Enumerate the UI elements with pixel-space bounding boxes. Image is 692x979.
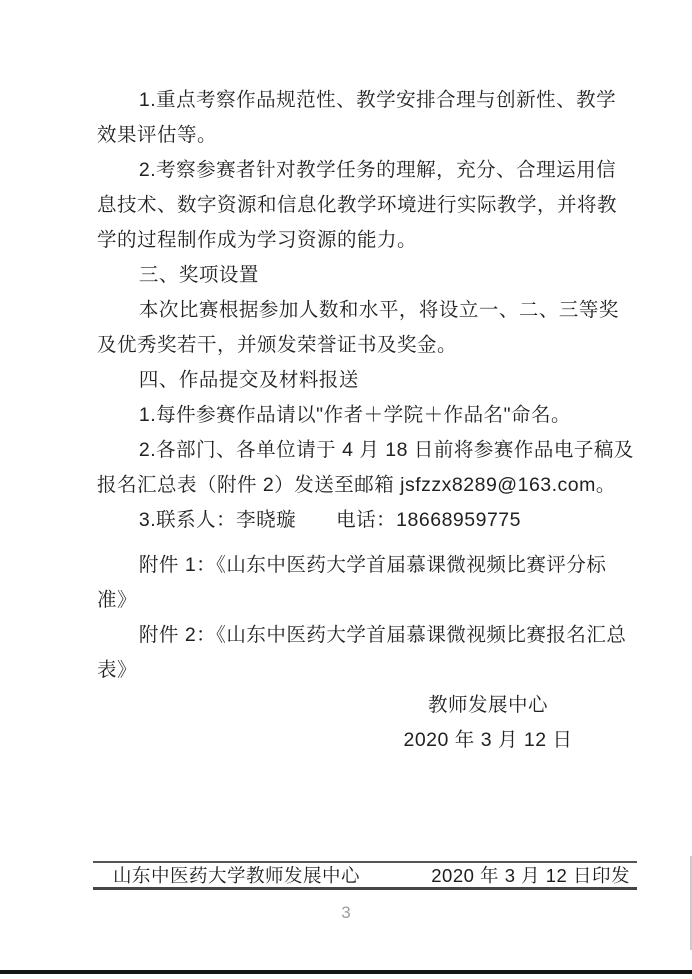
document-page: 1.重点考察作品规范性、教学安排合理与创新性、教学效果评估等。2.考察参赛者针对… (0, 0, 692, 979)
text-line: 本次比赛根据参加人数和水平，将设立一、二、三等奖 (0, 293, 692, 328)
text-line: 附件 1：《山东中医药大学首届慕课微视频比赛评分标 (0, 548, 692, 583)
text-line: 及优秀奖若干，并颁发荣誉证书及奖金。 (0, 328, 692, 363)
text-line: 3.联系人：李晓璇 电话：18668959775 (0, 503, 692, 538)
page-footer: 山东中医药大学教师发展中心 2020 年 3 月 12 日印发 (93, 861, 637, 890)
text-line: 学的过程制作成为学习资源的能力。 (0, 223, 692, 258)
text-line: 四、作品提交及材料报送 (0, 363, 692, 398)
footer-issue-date: 2020 年 3 月 12 日印发 (431, 862, 637, 888)
body-text: 1.重点考察作品规范性、教学安排合理与创新性、教学效果评估等。2.考察参赛者针对… (0, 83, 692, 758)
text-line: 表》 (0, 653, 692, 688)
text-line: 2.各部门、各单位请于 4 月 18 日前将参赛作品电子稿及 (0, 433, 692, 468)
text-line: 2.考察参赛者针对教学任务的理解，充分、合理运用信 (0, 153, 692, 188)
text-line: 1.每件参赛作品请以"作者＋学院＋作品名"命名。 (0, 398, 692, 433)
signature-date: 2020 年 3 月 12 日 (284, 723, 692, 758)
signature-org: 教师发展中心 (284, 688, 692, 723)
text-line: 附件 2：《山东中医药大学首届慕课微视频比赛报名汇总 (0, 618, 692, 653)
text-line: 三、奖项设置 (0, 258, 692, 293)
text-line: 准》 (0, 583, 692, 618)
text-line: 效果评估等。 (0, 118, 692, 153)
page-number: 3 (0, 901, 692, 925)
footer-issuer: 山东中医药大学教师发展中心 (93, 862, 360, 888)
text-line: 1.重点考察作品规范性、教学安排合理与创新性、教学 (0, 83, 692, 118)
text-line: 息技术、数字资源和信息化教学环境进行实际教学，并将教 (0, 188, 692, 223)
text-line: 报名汇总表（附件 2）发送至邮箱 jsfzzx8289@163.com。 (0, 468, 692, 503)
page-bottom-divider (0, 970, 692, 974)
